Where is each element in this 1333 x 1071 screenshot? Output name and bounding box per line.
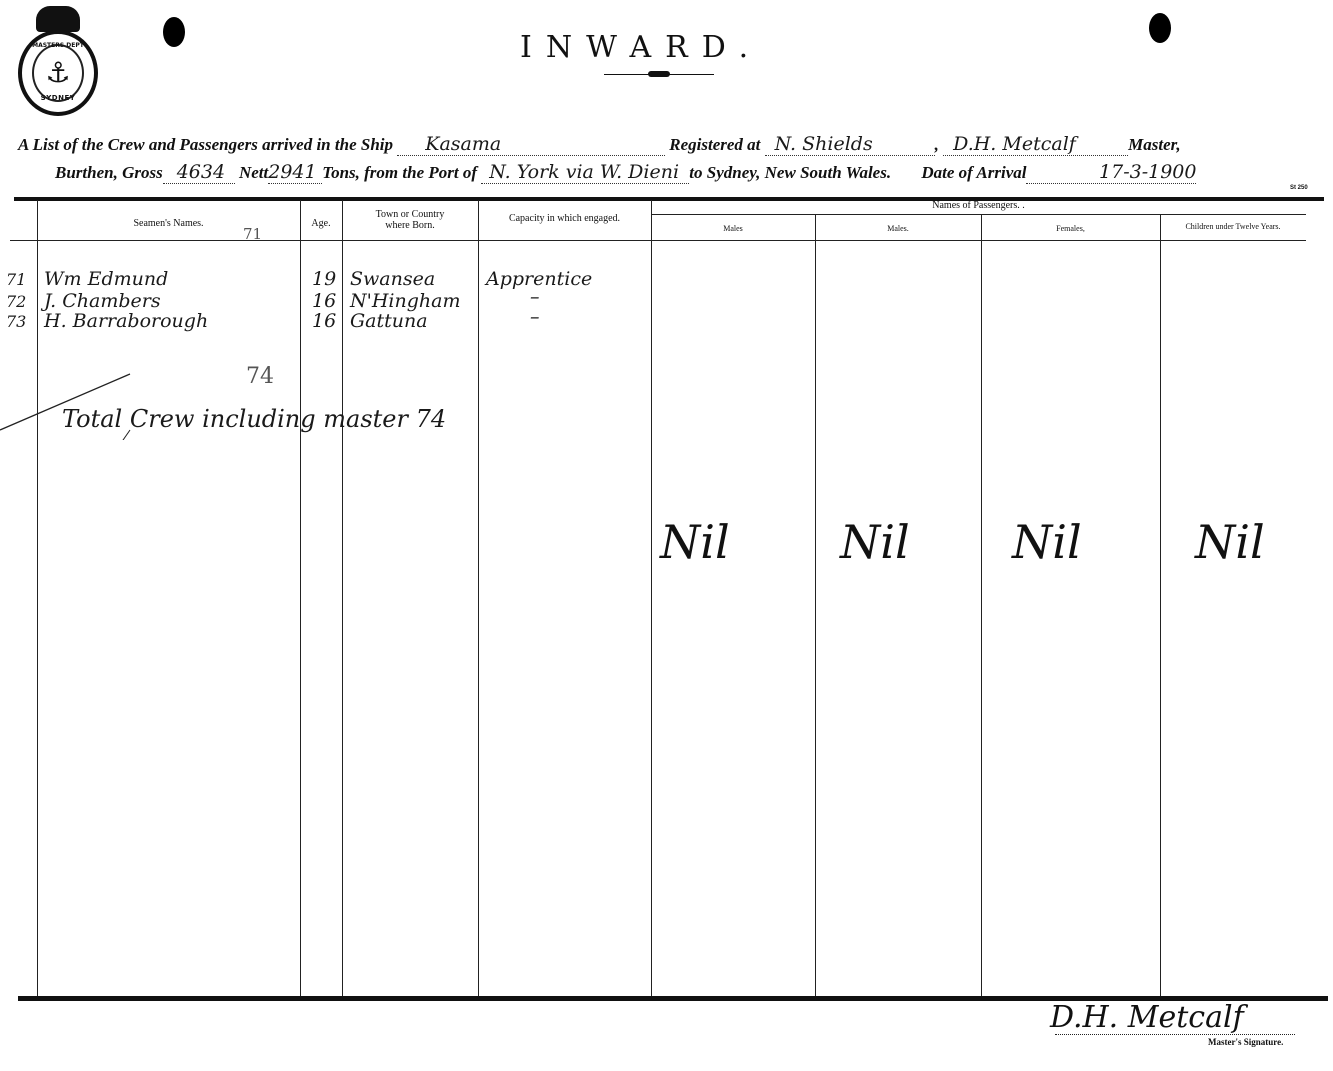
list-label: A List of the Crew and Passengers arrive… [18,135,393,154]
punch-hole-right [1149,13,1171,43]
margin-note-total: 74 [246,364,274,389]
crown-icon [36,6,80,32]
header-age: Age. [300,218,342,229]
total-crew-line: Total Crew including master 74 [62,405,446,433]
col-divider-males-males [815,215,816,996]
tons-from-port-label: Tons, from the Port of [322,163,477,182]
seaman-age: 16 [312,310,336,332]
header-children: Children under Twelve Years. [1160,221,1306,232]
col-divider-names-age [300,200,301,996]
master-label: Master, [1128,135,1180,154]
punch-hole-left [163,17,185,47]
header-males-1: Males [651,223,815,234]
emblem-bottom-text: SYDNEY [22,94,94,102]
passengers-females-value: Nil [1012,515,1082,569]
header-capacity: Capacity in which engaged. [478,213,651,224]
passengers-children-value: Nil [1195,515,1265,569]
header-town-born: Town or Country where Born. [342,209,478,231]
seaman-name: H. Barraborough [44,310,208,332]
signature-label: Master's Signature. [1208,1037,1283,1047]
margin-note-count: 71 [243,225,262,243]
header-bottom-rule [10,240,1306,241]
nett-tons-field: 2941 [268,161,322,184]
seaman-age: 19 [312,268,336,290]
signature-line [1055,1034,1295,1035]
master-name-field: D.H. Metcalf [943,133,1128,156]
ship-name-field: Kasama [397,133,665,156]
col-divider-town-capacity [478,200,479,996]
col-divider-age-town [342,200,343,996]
seaman-capacity: – [530,306,540,328]
seaman-birthplace: Gattuna [350,310,428,332]
seaman-birthplace: N'Hingham [350,290,460,312]
arrival-date-field: 17-3-1900 [1026,161,1196,184]
header-names-of-passengers: Names of Passengers. . [651,200,1306,211]
seaman-name: Wm Edmund [44,268,168,290]
arrival-label: Date of Arrival [921,163,1026,182]
department-emblem: MASTERS DEPT ⚓ SYDNEY [14,6,106,118]
registered-at-field: N. Shields [765,133,935,156]
header-line-1: A List of the Crew and Passengers arrive… [18,133,1181,156]
col-divider-capacity-passengers [651,200,652,996]
passengers-males-1-value: Nil [660,515,730,569]
header-males-2: Males. [815,223,981,234]
passengers-males-2-value: Nil [840,515,910,569]
emblem-top-text: MASTERS DEPT [22,42,94,49]
registered-label: Registered at [669,135,760,154]
header-females: Females, [981,223,1160,234]
anchor-icon: ⚓ [22,56,94,89]
gross-tons-field: 4634 [163,161,235,184]
seaman-capacity: – [530,286,540,308]
title-ornament [648,71,670,77]
passengers-group-rule [651,214,1306,215]
col-divider-left [37,200,38,996]
seaman-age: 16 [312,290,336,312]
header-line-2: Burthen, Gross4634 Nett2941Tons, from th… [55,161,1196,184]
seaman-birthplace: Swansea [350,268,435,290]
nett-label: Nett [239,163,268,182]
seal-badge: MASTERS DEPT ⚓ SYDNEY [18,30,98,116]
page-title: INWARD. [520,30,762,65]
col-divider-females-children [1160,215,1161,996]
burthen-label: Burthen, Gross [55,163,163,182]
from-port-field: N. York via W. Dieni [481,161,689,184]
seaman-name: J. Chambers [44,290,161,312]
form-number: St 250 [1290,185,1308,191]
destination-label: to Sydney, New South Wales. [689,163,891,182]
col-divider-males-females [981,215,982,996]
master-signature: D.H. Metcalf [1050,1000,1244,1035]
